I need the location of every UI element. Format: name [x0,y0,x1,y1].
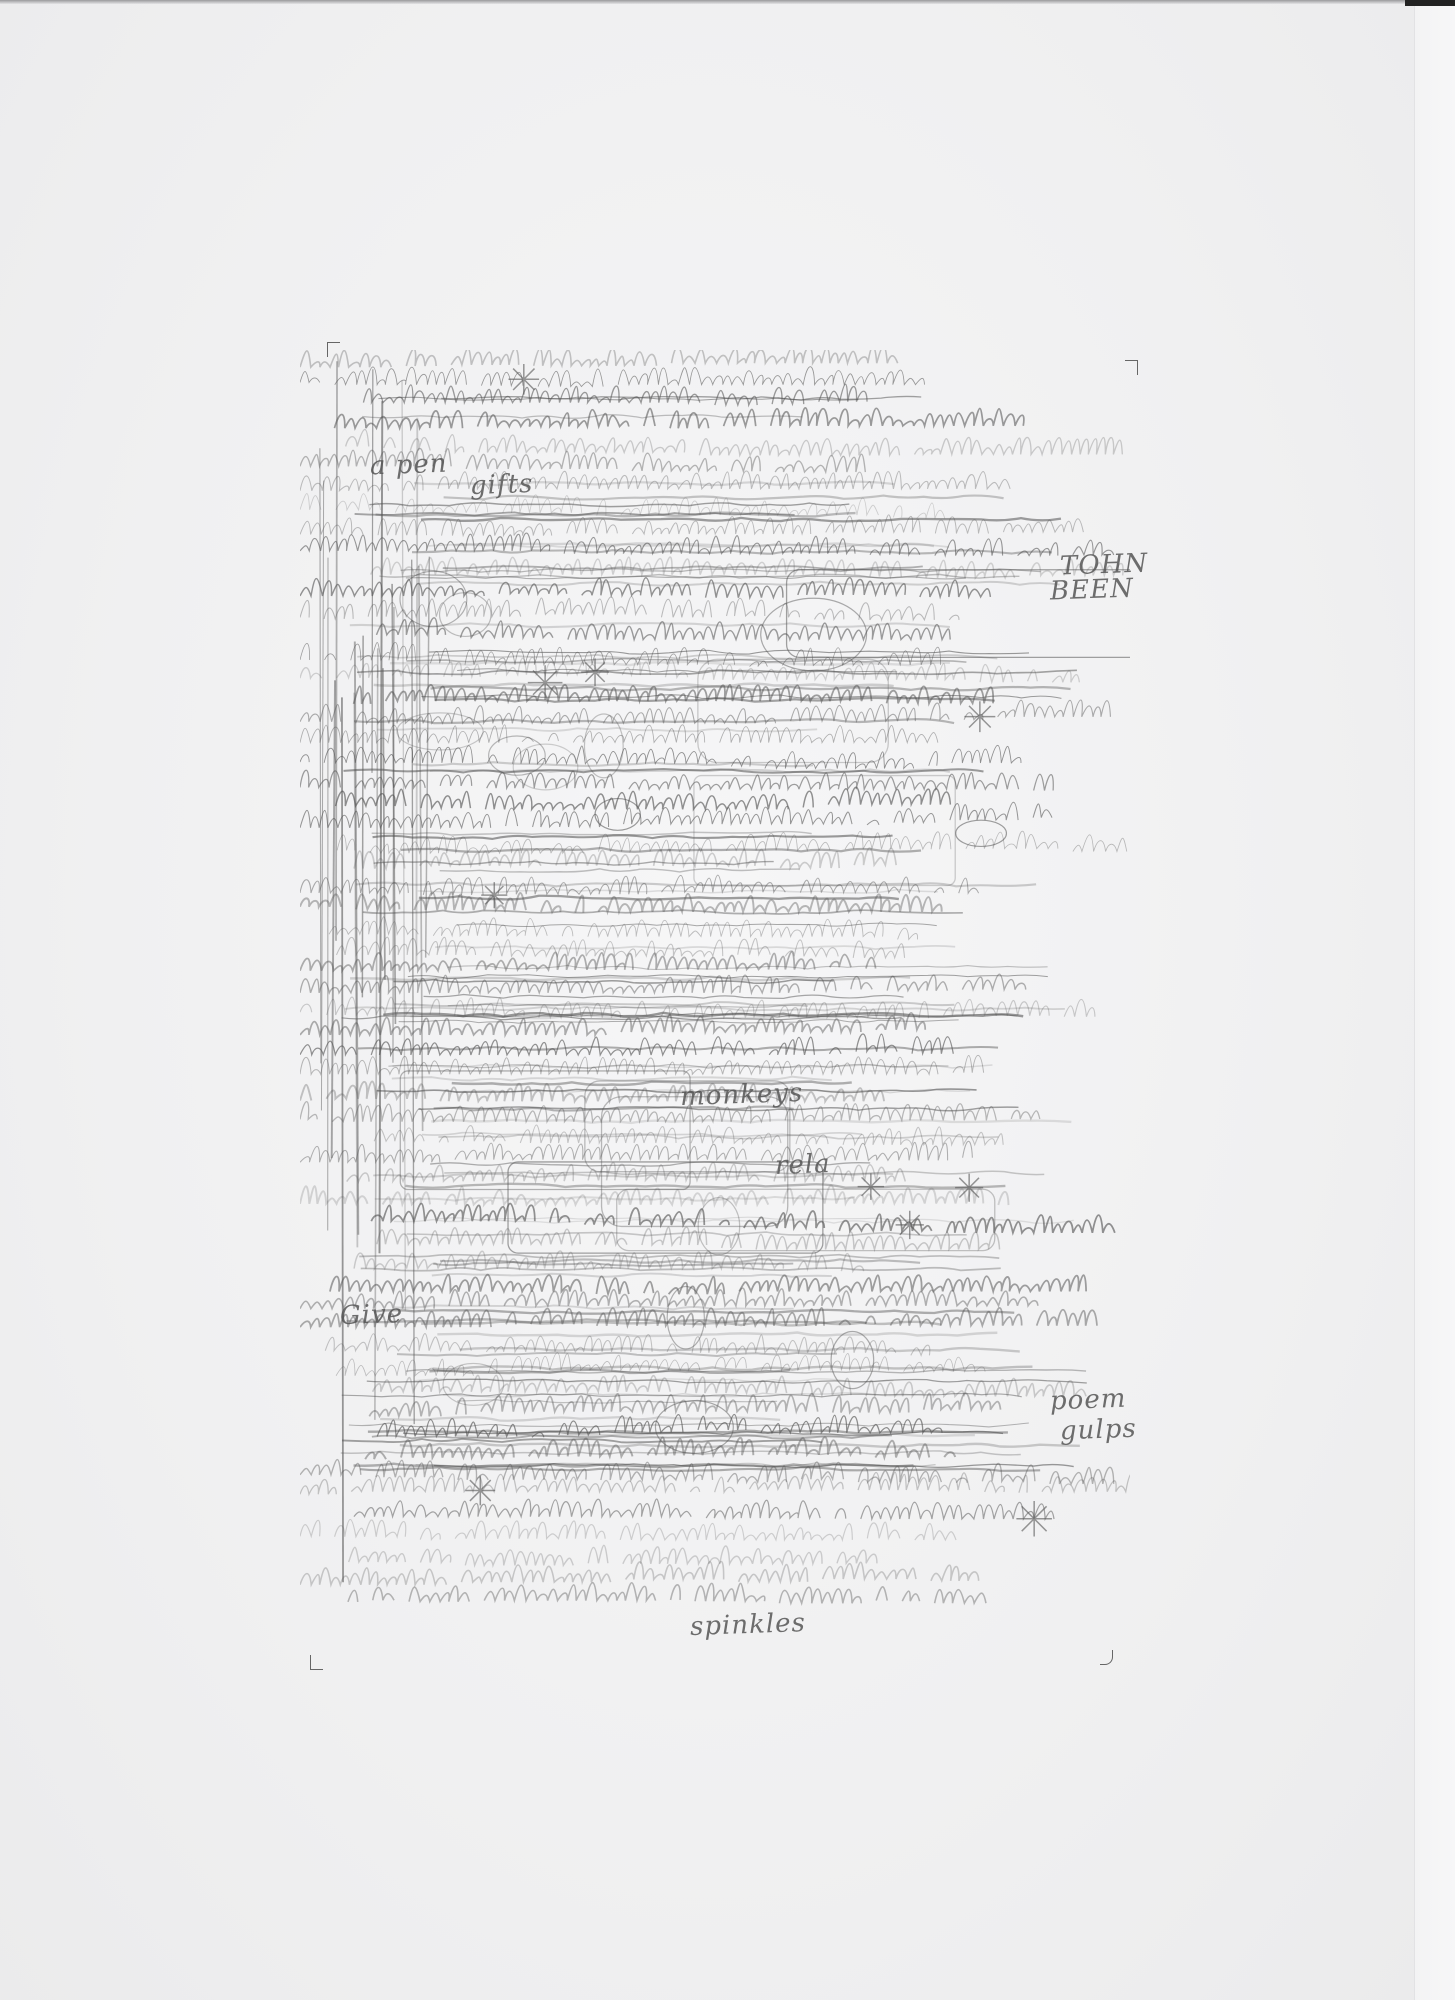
handwritten-word: monkeys [680,1078,804,1112]
handwritten-word: gulps [1059,1414,1137,1447]
pencil-scribble-block [300,350,1130,1650]
handwritten-word: rela [774,1149,831,1181]
handwritten-word: spinkles [690,1608,807,1642]
handwritten-word: TOHN [1060,548,1149,581]
handwritten-word: poem [1049,1384,1126,1417]
handwritten-word: a pen [370,449,449,482]
scanner-corner [1405,0,1455,6]
paper-edge-right [1414,0,1455,2000]
handwritten-word: gifts [469,469,533,501]
crop-mark-bottom-left [310,1655,323,1670]
scan-edge [0,0,1455,4]
scribble-strokes [300,350,1130,1650]
handwritten-word: Give [339,1299,403,1331]
